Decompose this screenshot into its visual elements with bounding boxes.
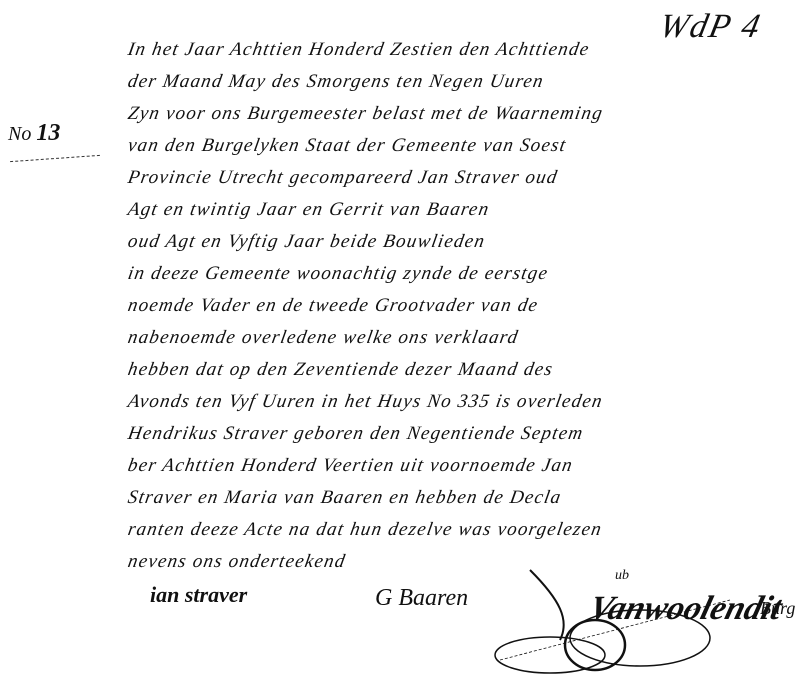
record-line: ber Achttien Honderd Veertien uit voorno… xyxy=(125,450,800,482)
record-line: oud Agt en Vyftig Jaar beide Bouwlieden xyxy=(125,226,800,258)
record-line: der Maand May des Smorgens ten Negen Uur… xyxy=(125,66,800,98)
entry-underline xyxy=(10,155,100,162)
record-line: ranten deeze Acte na dat hun dezelve was… xyxy=(125,514,800,546)
entry-number-prefix: No xyxy=(8,123,31,145)
signature-burg-title: Burg xyxy=(760,598,795,619)
document-page: WdP 4 No 13 In het Jaar Achttien Honderd… xyxy=(0,0,800,686)
signature-jan-straver: ian straver xyxy=(150,582,247,608)
entry-number: No 13 xyxy=(8,120,60,147)
record-line: van den Burgelyken Staat der Gemeente va… xyxy=(125,130,800,162)
entry-number-value: 13 xyxy=(36,120,60,146)
record-line: in deeze Gemeente woonachtig zynde de ee… xyxy=(125,258,800,290)
record-line: Straver en Maria van Baaren en hebben de… xyxy=(125,482,800,514)
record-line: Avonds ten Vyf Uuren in het Huys No 335 … xyxy=(125,386,800,418)
record-line: noemde Vader en de tweede Grootvader van… xyxy=(125,290,800,322)
record-line: Zyn voor ons Burgemeester belast met de … xyxy=(125,98,800,130)
record-line: Hendrikus Straver geboren den Negentiend… xyxy=(125,418,800,450)
signature-g-baaren: G Baaren xyxy=(375,585,468,612)
record-line: nabenoemde overledene welke ons verklaar… xyxy=(125,322,800,354)
record-line: In het Jaar Achttien Honderd Zestien den… xyxy=(125,34,800,66)
record-line: Agt en twintig Jaar en Gerrit van Baaren xyxy=(125,194,800,226)
record-line: hebben dat op den Zeventiende dezer Maan… xyxy=(125,354,800,386)
signature-flourish-icon xyxy=(490,560,740,680)
record-line: Provincie Utrecht gecompareerd Jan Strav… xyxy=(125,162,800,194)
record-body: In het Jaar Achttien Honderd Zestien den… xyxy=(128,34,798,578)
